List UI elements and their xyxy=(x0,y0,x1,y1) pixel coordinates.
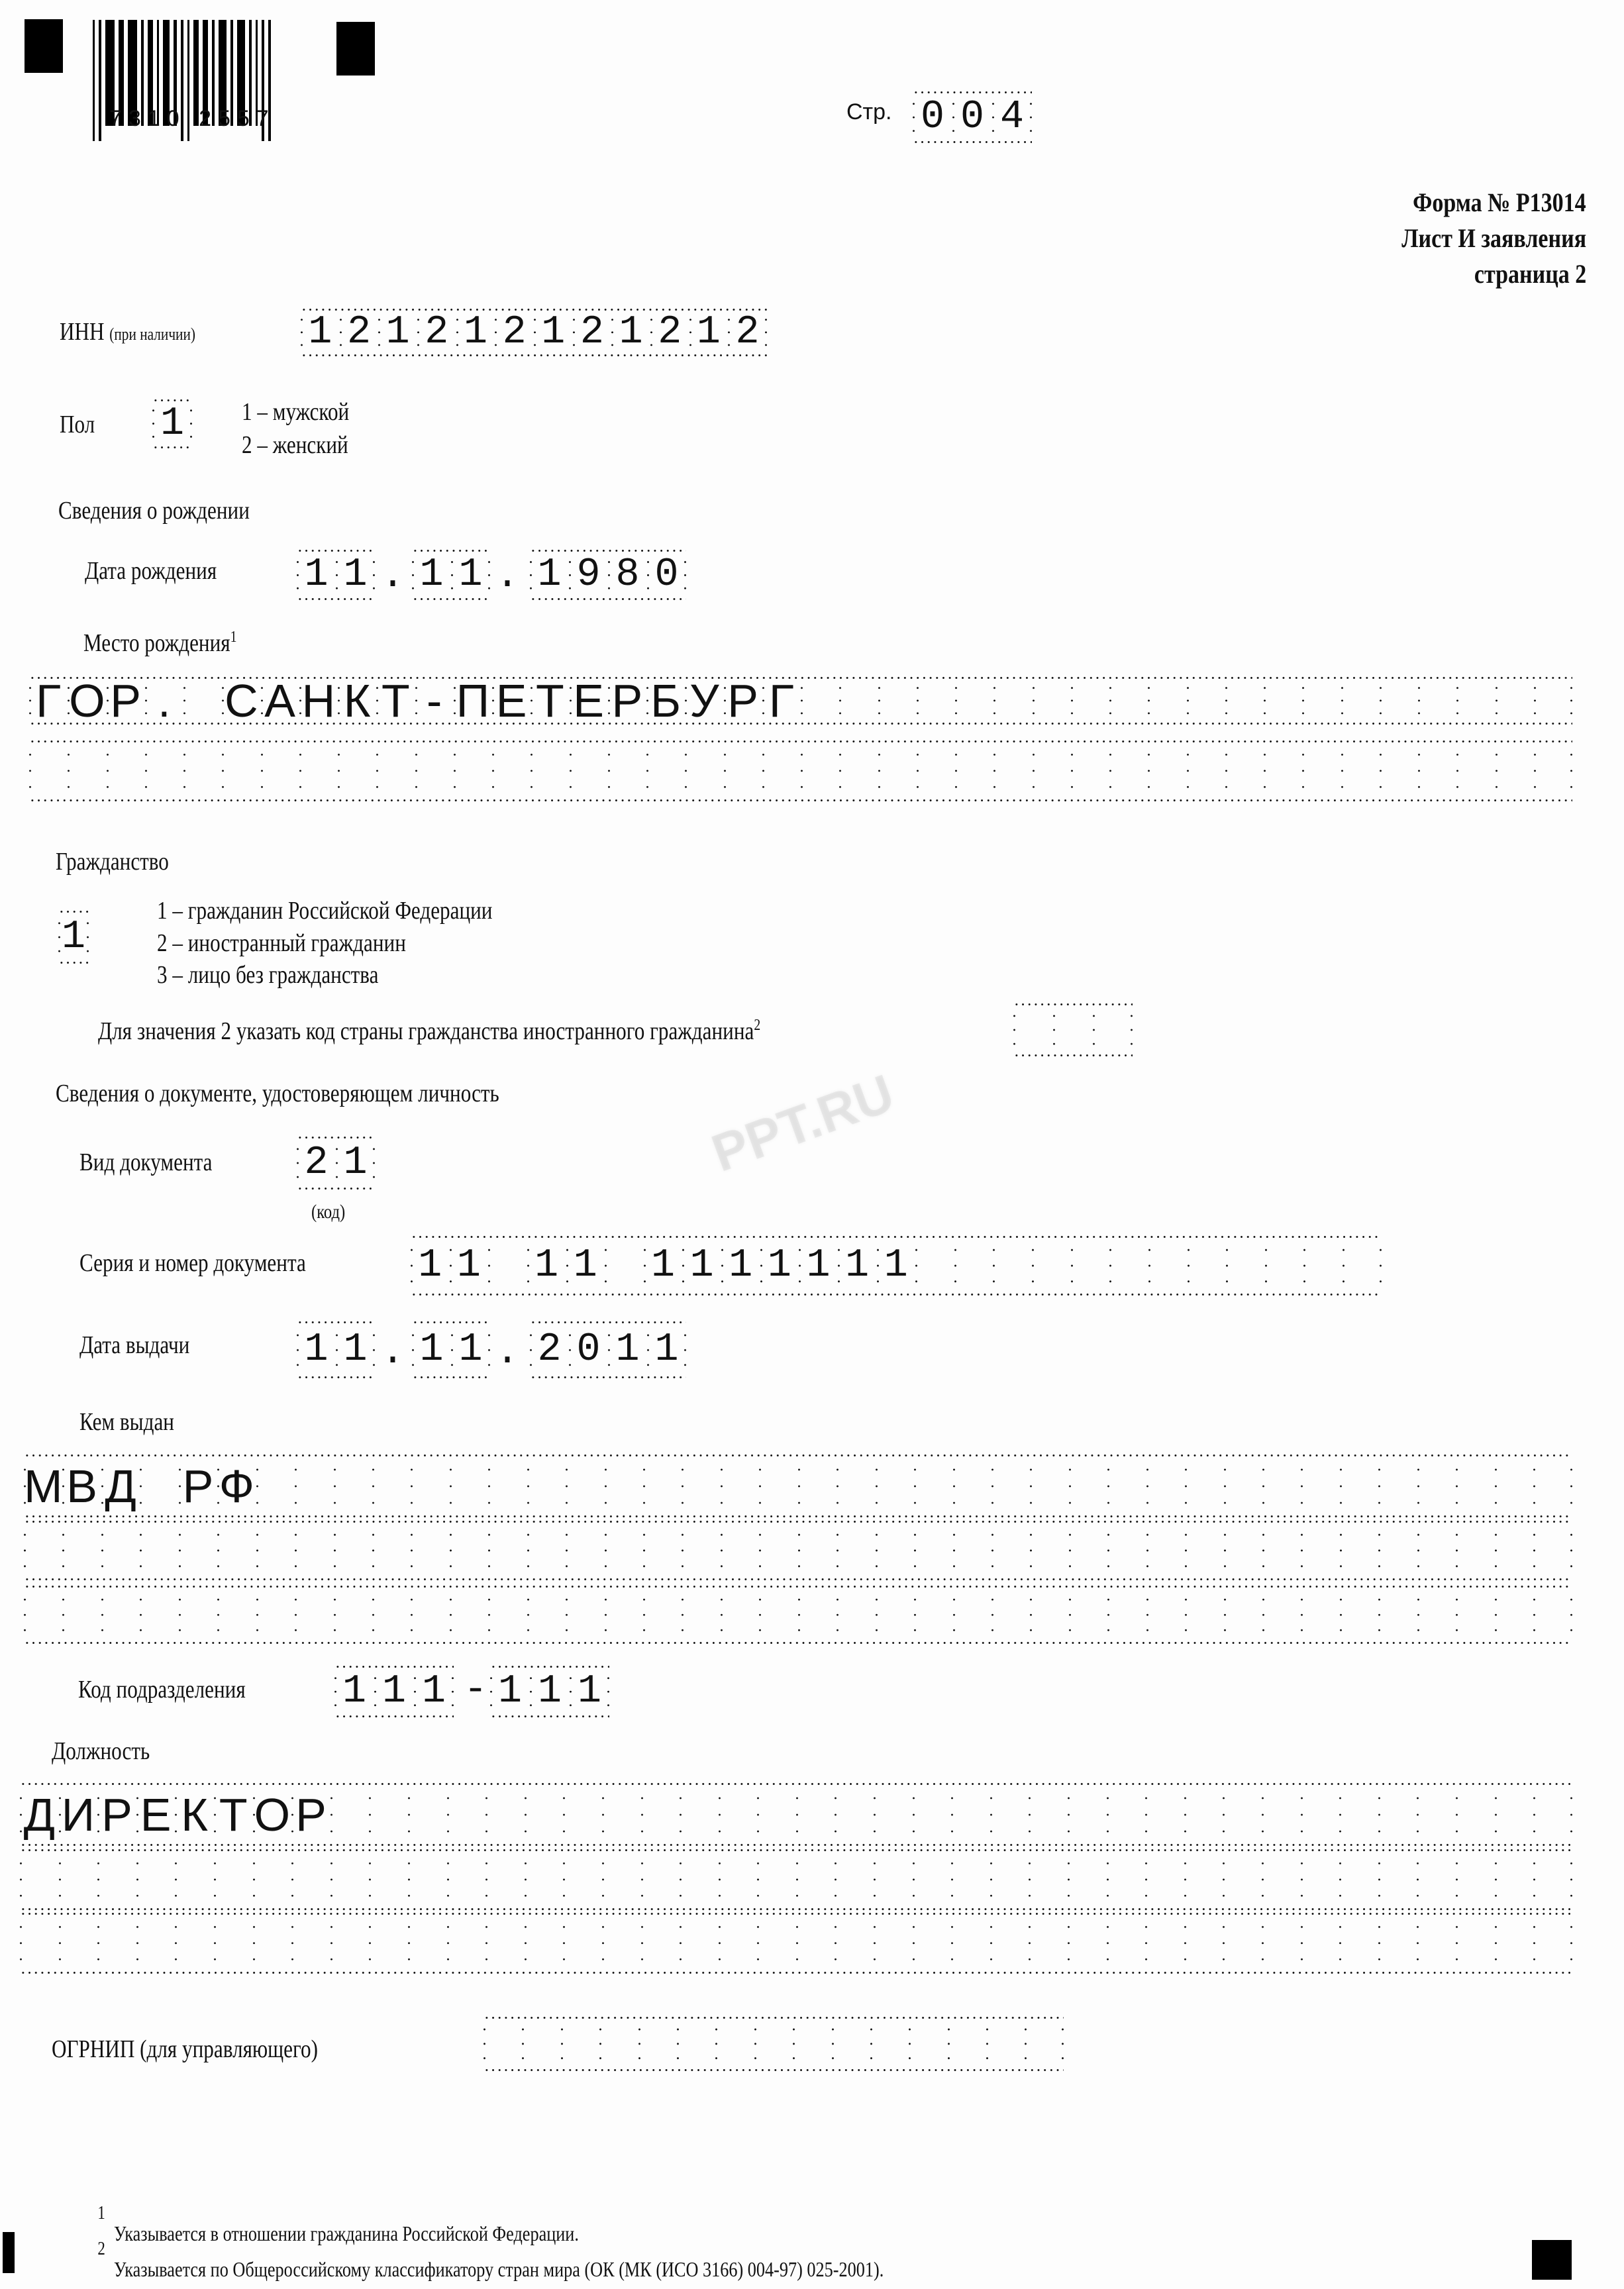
inn-field[interactable]: 121212121212 xyxy=(301,309,767,356)
char-cell xyxy=(1262,1913,1301,1974)
char-cell xyxy=(492,740,531,801)
char-cell xyxy=(101,1586,140,1644)
char-cell xyxy=(798,1586,837,1644)
char-cell xyxy=(948,2017,986,2071)
ogrnip-label: ОГРНИП (для управляющего) xyxy=(52,2037,318,2062)
char-cell xyxy=(646,740,685,801)
footnote-ref-2: 2 xyxy=(754,1017,760,1034)
char-cell: 1 xyxy=(152,399,192,448)
char-cell xyxy=(599,2017,638,2071)
char-cell xyxy=(991,1454,1030,1517)
registration-mark-top-right xyxy=(336,22,375,76)
char-cell: 2 xyxy=(297,1137,336,1190)
birth-section-title: Сведения о рождении xyxy=(58,498,250,523)
char-cell: 1 xyxy=(297,1321,336,1378)
birth-date-month[interactable]: 11 xyxy=(412,550,490,600)
char-cell xyxy=(870,2017,909,2071)
char-cell xyxy=(1339,1783,1378,1846)
char-cell: Р xyxy=(179,1454,217,1517)
char-cell xyxy=(253,1913,292,1974)
char-cell xyxy=(641,1783,680,1846)
char-cell xyxy=(179,1586,217,1644)
char-cell xyxy=(832,2017,870,2071)
char-cell xyxy=(1533,1783,1572,1846)
char-cell: 8 xyxy=(608,550,647,600)
char-cell: 1 xyxy=(451,550,490,600)
char-cell xyxy=(563,1849,602,1910)
division-code-separator: - xyxy=(464,1670,487,1710)
char-cell: 1 xyxy=(451,1321,490,1378)
char-cell xyxy=(1068,1783,1107,1846)
char-cell xyxy=(605,1586,643,1644)
citizenship-label: Гражданство xyxy=(56,849,169,874)
char-cell xyxy=(372,1521,411,1580)
char-cell: 1 xyxy=(647,1321,686,1378)
char-cell xyxy=(1301,1849,1340,1910)
char-cell xyxy=(1187,740,1225,801)
char-cell xyxy=(796,1849,835,1910)
char-cell xyxy=(638,2017,677,2071)
char-cell xyxy=(1495,1849,1534,1910)
char-cell xyxy=(1093,1003,1133,1056)
char-cell xyxy=(222,740,260,801)
inn-label-note: (при наличии) xyxy=(109,325,195,344)
char-cell xyxy=(1033,740,1071,801)
char-cell xyxy=(1341,740,1380,801)
country-code-field[interactable] xyxy=(1013,1003,1133,1056)
char-cell xyxy=(408,1783,447,1846)
footnote-2-number: 2 xyxy=(97,2240,105,2259)
char-cell xyxy=(299,740,338,801)
char-cell xyxy=(1495,1913,1534,1974)
char-cell xyxy=(217,1521,256,1580)
char-cell xyxy=(372,1454,411,1517)
char-cell xyxy=(136,1913,176,1974)
char-cell xyxy=(914,1586,952,1644)
citizenship-option-1: 1 – гражданин Российской Федерации xyxy=(157,898,492,923)
gender-label: Пол xyxy=(60,412,95,437)
char-cell xyxy=(953,1521,991,1580)
char-cell xyxy=(991,1521,1030,1580)
char-cell xyxy=(986,2017,1025,2071)
char-cell xyxy=(179,1521,217,1580)
char-cell xyxy=(605,1521,643,1580)
char-cell: 1 xyxy=(378,309,417,356)
char-cell xyxy=(754,2017,793,2071)
char-cell xyxy=(1533,1586,1572,1644)
char-cell xyxy=(1302,740,1341,801)
char-cell xyxy=(1418,740,1456,801)
char-cell xyxy=(488,1521,527,1580)
position-row-2[interactable] xyxy=(20,1849,1572,1910)
char-cell xyxy=(1339,1849,1378,1910)
char-cell xyxy=(721,1586,759,1644)
registration-mark-bottom-left xyxy=(3,2232,15,2273)
char-cell xyxy=(372,1586,411,1644)
division-code-part-2[interactable]: 111 xyxy=(490,1666,609,1717)
issue-date-year[interactable]: 2011 xyxy=(530,1321,686,1378)
inn-label: ИНН (при наличии) xyxy=(60,319,195,344)
char-cell: . xyxy=(145,677,183,725)
char-cell xyxy=(24,1521,62,1580)
issued-by-row-3[interactable] xyxy=(24,1586,1572,1644)
issue-date-month[interactable]: 11 xyxy=(412,1321,490,1378)
char-cell xyxy=(522,2017,560,2071)
ogrnip-field[interactable] xyxy=(483,2017,1064,2071)
char-cell xyxy=(29,740,68,801)
char-cell xyxy=(1302,677,1341,725)
char-cell xyxy=(605,1236,644,1296)
char-cell xyxy=(570,740,608,801)
char-cell xyxy=(915,1236,954,1296)
char-cell xyxy=(1301,1913,1340,1974)
char-cell xyxy=(1380,740,1418,801)
char-cell xyxy=(874,1783,913,1846)
char-cell xyxy=(1264,677,1302,725)
char-cell xyxy=(1301,1783,1340,1846)
char-cell xyxy=(876,1586,914,1644)
char-cell: 1 xyxy=(412,550,451,600)
char-cell xyxy=(608,740,646,801)
char-cell xyxy=(1417,1913,1456,1974)
char-cell xyxy=(214,1913,253,1974)
citizenship-option-3: 3 – лицо без гражданства xyxy=(157,962,378,988)
char-cell xyxy=(1378,1849,1417,1910)
char-cell xyxy=(1107,1783,1146,1846)
char-cell xyxy=(1533,1913,1572,1974)
char-cell xyxy=(878,740,917,801)
char-cell xyxy=(488,1586,527,1644)
char-cell xyxy=(140,1454,178,1517)
char-cell xyxy=(338,740,376,801)
char-cell: 1 xyxy=(566,1236,605,1296)
char-cell xyxy=(369,1913,408,1974)
char-cell: Т xyxy=(531,677,569,725)
char-cell xyxy=(256,1454,295,1517)
char-cell: Г xyxy=(29,677,68,725)
char-cell: И xyxy=(59,1783,98,1846)
char-cell xyxy=(762,740,801,801)
birth-date-day[interactable]: 11 xyxy=(297,550,375,600)
char-cell xyxy=(602,1849,641,1910)
char-cell xyxy=(334,1586,372,1644)
char-cell: В xyxy=(62,1454,101,1517)
char-cell xyxy=(759,1586,797,1644)
footnote-ref-1: 1 xyxy=(230,629,237,646)
char-cell xyxy=(993,740,1032,801)
char-cell xyxy=(839,740,878,801)
char-cell xyxy=(990,1849,1029,1910)
char-cell: К xyxy=(338,677,376,725)
char-cell: 1 xyxy=(374,1666,414,1717)
char-cell: 9 xyxy=(569,550,608,600)
position-row-3[interactable] xyxy=(20,1913,1572,1974)
char-cell xyxy=(527,1586,566,1644)
char-cell: 2 xyxy=(417,309,456,356)
char-cell xyxy=(1262,1783,1301,1846)
char-cell xyxy=(1107,1454,1146,1517)
char-cell: 1 xyxy=(534,309,573,356)
form-number: Форма № Р13014 xyxy=(1413,187,1586,218)
char-cell xyxy=(408,1913,447,1974)
barcode-number: 7310 2557 xyxy=(109,106,276,132)
char-cell xyxy=(488,1236,527,1296)
char-cell xyxy=(1184,1913,1223,1974)
char-cell: 1 xyxy=(527,1236,566,1296)
char-cell: 2 xyxy=(728,309,767,356)
char-cell xyxy=(1456,1913,1495,1974)
char-cell xyxy=(1533,1521,1572,1580)
char-cell xyxy=(1225,677,1264,725)
char-cell xyxy=(1417,1521,1456,1580)
char-cell xyxy=(183,740,222,801)
char-cell xyxy=(1069,1586,1107,1644)
char-cell: 1 xyxy=(530,550,569,600)
char-cell xyxy=(1456,1849,1495,1910)
char-cell xyxy=(330,1849,370,1910)
char-cell xyxy=(1495,1586,1533,1644)
char-cell xyxy=(680,1849,719,1910)
barcode-bar xyxy=(93,20,95,141)
birth-place-row-2[interactable] xyxy=(29,740,1572,801)
char-cell xyxy=(1033,677,1071,725)
char-cell: Р xyxy=(291,1783,330,1846)
char-cell xyxy=(641,1913,680,1974)
char-cell xyxy=(721,1454,759,1517)
char-cell xyxy=(685,740,723,801)
char-cell xyxy=(835,1849,874,1910)
gender-field[interactable]: 1 xyxy=(152,399,192,448)
char-cell: Н xyxy=(299,677,338,725)
char-cell xyxy=(1417,1454,1456,1517)
page-number-field: 004 xyxy=(913,91,1032,143)
char-cell xyxy=(101,1521,140,1580)
char-cell xyxy=(913,1913,952,1974)
char-cell: 2 xyxy=(530,1321,569,1378)
char-cell xyxy=(682,1454,720,1517)
position-row-1[interactable]: ДИРЕКТОР xyxy=(20,1783,1572,1846)
char-cell xyxy=(837,1454,875,1517)
char-cell xyxy=(1146,1521,1185,1580)
char-cell xyxy=(447,1913,486,1974)
char-cell xyxy=(876,1521,914,1580)
birth-place-label-text: Место рождения xyxy=(83,629,230,657)
char-cell: 0 xyxy=(913,91,952,143)
char-cell xyxy=(1029,1849,1068,1910)
char-cell xyxy=(759,1454,797,1517)
issued-by-row-2[interactable] xyxy=(24,1521,1572,1580)
char-cell xyxy=(483,2017,522,2071)
char-cell xyxy=(757,1783,796,1846)
char-cell xyxy=(525,1849,564,1910)
footnote-1-text: Указывается в отношении гражданина Росси… xyxy=(114,2221,579,2245)
birth-date-year[interactable]: 1980 xyxy=(530,550,686,600)
char-cell: 1 xyxy=(490,1666,530,1717)
char-cell xyxy=(602,1783,641,1846)
char-cell xyxy=(1109,1236,1148,1296)
char-cell xyxy=(1339,1913,1378,1974)
footnote-2: 2 Указывается по Общероссийскому классиф… xyxy=(114,2259,884,2280)
char-cell xyxy=(566,1521,604,1580)
char-cell xyxy=(1109,740,1148,801)
char-cell xyxy=(68,740,106,801)
char-cell: 1 xyxy=(456,309,495,356)
char-cell xyxy=(602,1913,641,1974)
char-cell: 1 xyxy=(336,1321,375,1378)
char-cell xyxy=(1223,1783,1262,1846)
char-cell xyxy=(566,1586,604,1644)
char-cell xyxy=(796,1913,835,1974)
char-cell xyxy=(330,1913,370,1974)
char-cell xyxy=(1378,1586,1417,1644)
char-cell: 1 xyxy=(412,1321,451,1378)
char-cell xyxy=(1301,1454,1339,1517)
doc-type-note: (код) xyxy=(311,1202,345,1222)
char-cell: 1 xyxy=(414,1666,454,1717)
char-cell xyxy=(1224,1454,1262,1517)
char-cell xyxy=(1417,1586,1456,1644)
char-cell xyxy=(1184,1849,1223,1910)
char-cell xyxy=(411,1586,449,1644)
char-cell xyxy=(1226,1236,1265,1296)
char-cell xyxy=(1303,1236,1343,1296)
char-cell xyxy=(1071,677,1109,725)
gender-option-1: 1 – мужской xyxy=(242,399,349,425)
char-cell xyxy=(1496,677,1534,725)
birth-date-separator-2: . xyxy=(495,556,519,596)
issue-date-day[interactable]: 11 xyxy=(297,1321,375,1378)
char-cell: С xyxy=(222,677,260,725)
sheet-title: Лист И заявления xyxy=(1401,223,1586,254)
char-cell xyxy=(1534,677,1572,725)
char-cell xyxy=(1456,1454,1494,1517)
char-cell: 1 xyxy=(644,1236,683,1296)
char-cell xyxy=(1456,1783,1495,1846)
division-code-part-1[interactable]: 111 xyxy=(334,1666,454,1717)
char-cell xyxy=(1032,1236,1071,1296)
char-cell xyxy=(97,1913,136,1974)
char-cell xyxy=(1378,1783,1417,1846)
char-cell xyxy=(839,677,878,725)
char-cell xyxy=(724,740,762,801)
footnote-1: 1 Указывается в отношении гражданина Рос… xyxy=(114,2223,579,2244)
char-cell xyxy=(408,1849,447,1910)
char-cell xyxy=(527,1454,566,1517)
char-cell xyxy=(1107,1849,1146,1910)
char-cell: 0 xyxy=(952,91,992,143)
char-cell: Р xyxy=(608,677,646,725)
char-cell xyxy=(721,1521,759,1580)
char-cell: 1 xyxy=(297,550,336,600)
birth-place-row-1[interactable]: ГОР.САНКТ-ПЕТЕРБУРГ xyxy=(29,677,1572,725)
char-cell xyxy=(1418,677,1456,725)
char-cell xyxy=(955,740,993,801)
citizenship-field[interactable]: 1 xyxy=(58,911,89,964)
char-cell: 0 xyxy=(647,550,686,600)
char-cell xyxy=(641,1849,680,1910)
char-cell xyxy=(715,2017,754,2071)
char-cell: 1 xyxy=(611,309,650,356)
char-cell xyxy=(1188,1236,1227,1296)
char-cell xyxy=(450,1586,488,1644)
char-cell xyxy=(954,1236,993,1296)
issued-by-row-1[interactable]: МВДРФ xyxy=(24,1454,1572,1517)
char-cell xyxy=(1223,1849,1262,1910)
char-cell: 1 xyxy=(58,911,89,964)
char-cell xyxy=(214,1849,253,1910)
char-cell xyxy=(1148,740,1186,801)
char-cell: 1 xyxy=(799,1236,838,1296)
char-cell: 1 xyxy=(760,1236,799,1296)
registration-mark-top-left xyxy=(25,19,63,73)
char-cell xyxy=(993,1236,1032,1296)
char-cell xyxy=(1223,1913,1262,1974)
country-code-label-text: Для значения 2 указать код страны гражда… xyxy=(98,1017,754,1045)
char-cell xyxy=(1495,1454,1533,1517)
char-cell xyxy=(107,740,145,801)
char-cell: 1 xyxy=(411,1236,450,1296)
char-cell xyxy=(680,1783,719,1846)
char-cell xyxy=(334,1454,372,1517)
char-cell xyxy=(643,1454,682,1517)
footnote-2-text: Указывается по Общероссийскому классифик… xyxy=(114,2257,884,2281)
char-cell xyxy=(97,1849,136,1910)
char-cell xyxy=(1148,677,1186,725)
char-cell xyxy=(1030,1521,1068,1580)
char-cell xyxy=(1029,1783,1068,1846)
issue-date-separator-1: . xyxy=(381,1333,405,1372)
char-cell xyxy=(24,1586,62,1644)
char-cell xyxy=(913,1783,952,1846)
char-cell xyxy=(1495,1521,1533,1580)
char-cell xyxy=(801,677,839,725)
issued-by-label: Кем выдан xyxy=(79,1409,174,1435)
sheet-page: страница 2 xyxy=(1474,258,1586,289)
char-cell xyxy=(1030,1586,1068,1644)
char-cell xyxy=(415,740,454,801)
char-cell xyxy=(1013,1003,1053,1056)
char-cell xyxy=(914,1521,952,1580)
char-cell xyxy=(796,1783,835,1846)
char-cell xyxy=(488,1454,527,1517)
char-cell xyxy=(485,1849,525,1910)
char-cell xyxy=(1417,1783,1456,1846)
char-cell: 1 xyxy=(877,1236,916,1296)
char-cell xyxy=(719,1783,758,1846)
char-cell xyxy=(835,1783,874,1846)
char-cell xyxy=(253,1849,292,1910)
char-cell xyxy=(1069,1521,1107,1580)
char-cell xyxy=(1145,1913,1184,1974)
char-cell xyxy=(1340,1454,1378,1517)
char-cell: 1 xyxy=(530,1666,570,1717)
char-cell xyxy=(1340,1586,1378,1644)
char-cell xyxy=(917,740,955,801)
char-cell xyxy=(1456,677,1495,725)
doc-series-field[interactable]: 11111111111 xyxy=(411,1236,1382,1296)
char-cell xyxy=(1184,1783,1223,1846)
doc-type-field[interactable]: 21 xyxy=(297,1137,375,1190)
char-cell xyxy=(1533,1849,1572,1910)
char-cell xyxy=(1145,1783,1184,1846)
char-cell: Д xyxy=(101,1454,140,1517)
char-cell xyxy=(798,1521,837,1580)
citizenship-option-2: 2 – иностранный гражданин xyxy=(157,931,406,956)
char-cell xyxy=(955,677,993,725)
char-cell xyxy=(990,1913,1029,1974)
char-cell xyxy=(217,1586,256,1644)
char-cell xyxy=(1146,1586,1185,1644)
